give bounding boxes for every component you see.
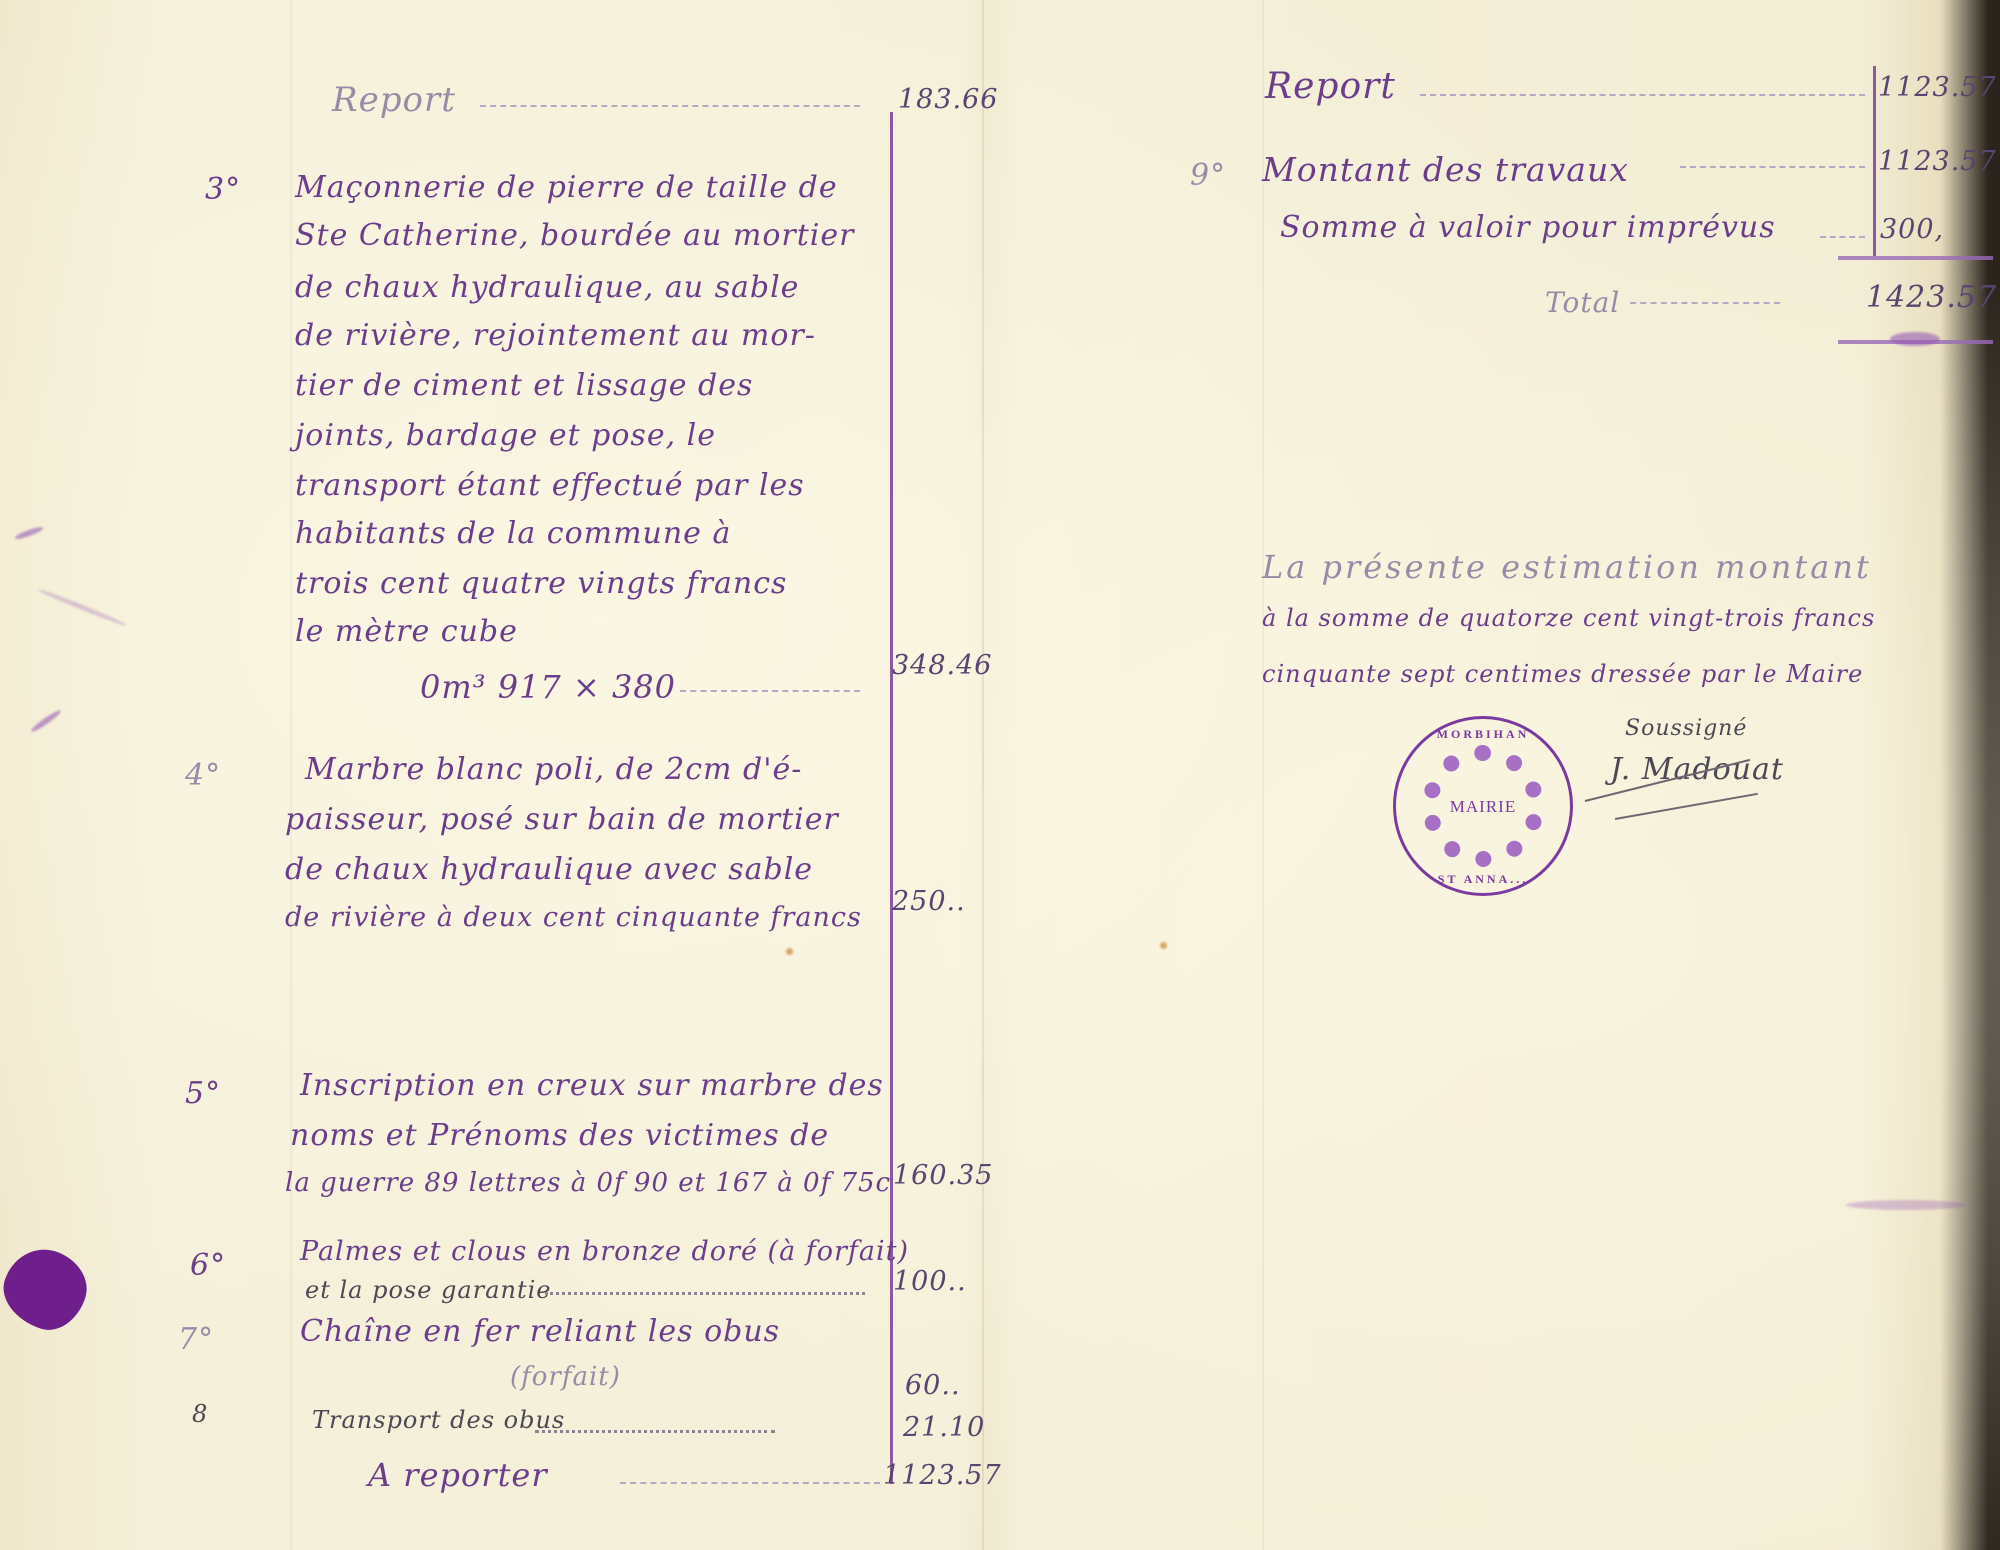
leader-dashes (1420, 94, 1865, 96)
mairie-stamp: MORBIHAN MAIRIE ST ANNA... (1393, 716, 1573, 896)
margin-fold-right (1262, 0, 1264, 1550)
item-calculation: 0m³ 917 × 380 (420, 668, 676, 706)
item-text-line: la guerre 89 lettres à 0f 90 et 167 à 0f… (285, 1168, 891, 1198)
leader-dashes (1680, 166, 1865, 168)
contingency-amount: 300, (1880, 214, 1944, 245)
item-amount: 160.35 (893, 1160, 993, 1191)
item-text-line: de rivière, rejointement au mor- (295, 318, 816, 353)
stamp-bottom-text: ST ANNA... (1396, 872, 1570, 887)
leader-dots (545, 1292, 865, 1295)
leader-dashes (480, 105, 860, 107)
item-text-line: Maçonnerie de pierre de taille de (295, 170, 838, 205)
signature-caption: Soussigné (1625, 716, 1747, 741)
item-number: 7° (178, 1322, 214, 1357)
carry-in-label: Report (332, 80, 456, 120)
item-text-line: Chaîne en fer reliant les obus (300, 1314, 780, 1349)
carry-in-label: Report (1265, 66, 1396, 107)
item-text-line: et la pose garantie (305, 1276, 551, 1304)
item-text-line: (forfait) (510, 1362, 621, 1392)
ink-smudge (1890, 332, 1940, 346)
item-text-line: transport étant effectué par les (295, 468, 805, 503)
item-text-line: de chaux hydraulique avec sable (285, 852, 813, 887)
item-number: 6° (190, 1248, 226, 1283)
leader-dashes (620, 1482, 880, 1484)
subtotal-rule (1838, 256, 1993, 260)
leader-dashes (680, 690, 860, 692)
item-amount: 21.10 (903, 1412, 985, 1443)
item-text-line: paisseur, posé sur bain de mortier (285, 802, 839, 837)
carry-out-amount: 1123.57 (883, 1460, 1002, 1491)
stamp-center-text: MAIRIE (1396, 797, 1570, 817)
total-label: Total (1545, 286, 1620, 319)
item-number: 3° (205, 172, 241, 207)
page-fold (982, 0, 984, 1550)
contingency-label: Somme à valoir pour imprévus (1280, 210, 1776, 245)
stamp-top-text: MORBIHAN (1396, 727, 1570, 742)
attestation-line: à la somme de quatorze cent vingt-trois … (1262, 604, 1875, 632)
item-text-line: Transport des obus (312, 1406, 565, 1434)
item-text-line: le mètre cube (295, 614, 518, 649)
leader-dots (535, 1430, 775, 1433)
leader-dashes (1630, 302, 1780, 304)
leader-dashes (1820, 236, 1865, 238)
item-number: 4° (185, 758, 221, 793)
item-text-line: Palmes et clous en bronze doré (à forfai… (300, 1236, 909, 1267)
works-label: Montant des travaux (1262, 150, 1629, 189)
item-text-line: noms et Prénoms des victimes de (290, 1118, 829, 1153)
item-text-line: Inscription en creux sur marbre des (300, 1068, 884, 1103)
paper-stain (786, 948, 793, 955)
carry-in-amount: 1123.57 (1878, 72, 1997, 103)
item-text-line: joints, bardage et pose, le (295, 418, 716, 453)
item-number: 5° (185, 1076, 221, 1111)
item-number: 9° (1190, 158, 1226, 193)
item-text-line: de rivière à deux cent cinquante francs (285, 902, 862, 933)
item-text-line: habitants de la commune à (295, 516, 731, 551)
item-amount: 60.. (905, 1370, 961, 1401)
item-text-line: de chaux hydraulique, au sable (295, 270, 799, 305)
item-amount: 250.. (892, 886, 966, 917)
item-number: 8 (192, 1400, 208, 1428)
item-amount: 348.46 (892, 650, 992, 681)
paper-stain (1160, 942, 1167, 949)
item-text-line: trois cent quatre vingts francs (295, 566, 787, 601)
item-text-line: Marbre blanc poli, de 2cm d'é- (305, 752, 802, 787)
carry-in-amount: 183.66 (898, 84, 998, 115)
margin-fold-left (290, 0, 292, 1550)
item-amount: 100.. (893, 1266, 967, 1297)
ink-smudge (1846, 1200, 1966, 1210)
carry-out-label: A reporter (368, 1456, 548, 1494)
attestation-line: La présente estimation montant (1262, 548, 1872, 586)
total-amount: 1423.57 (1866, 280, 1997, 315)
works-amount: 1123.57 (1878, 146, 1997, 177)
item-text-line: Ste Catherine, bourdée au mortier (295, 218, 854, 253)
amount-column-rule (1873, 66, 1876, 256)
item-text-line: tier de ciment et lissage des (295, 368, 753, 403)
attestation-line: cinquante sept centimes dressée par le M… (1262, 660, 1863, 688)
signature: J. Madouat (1610, 752, 1784, 787)
